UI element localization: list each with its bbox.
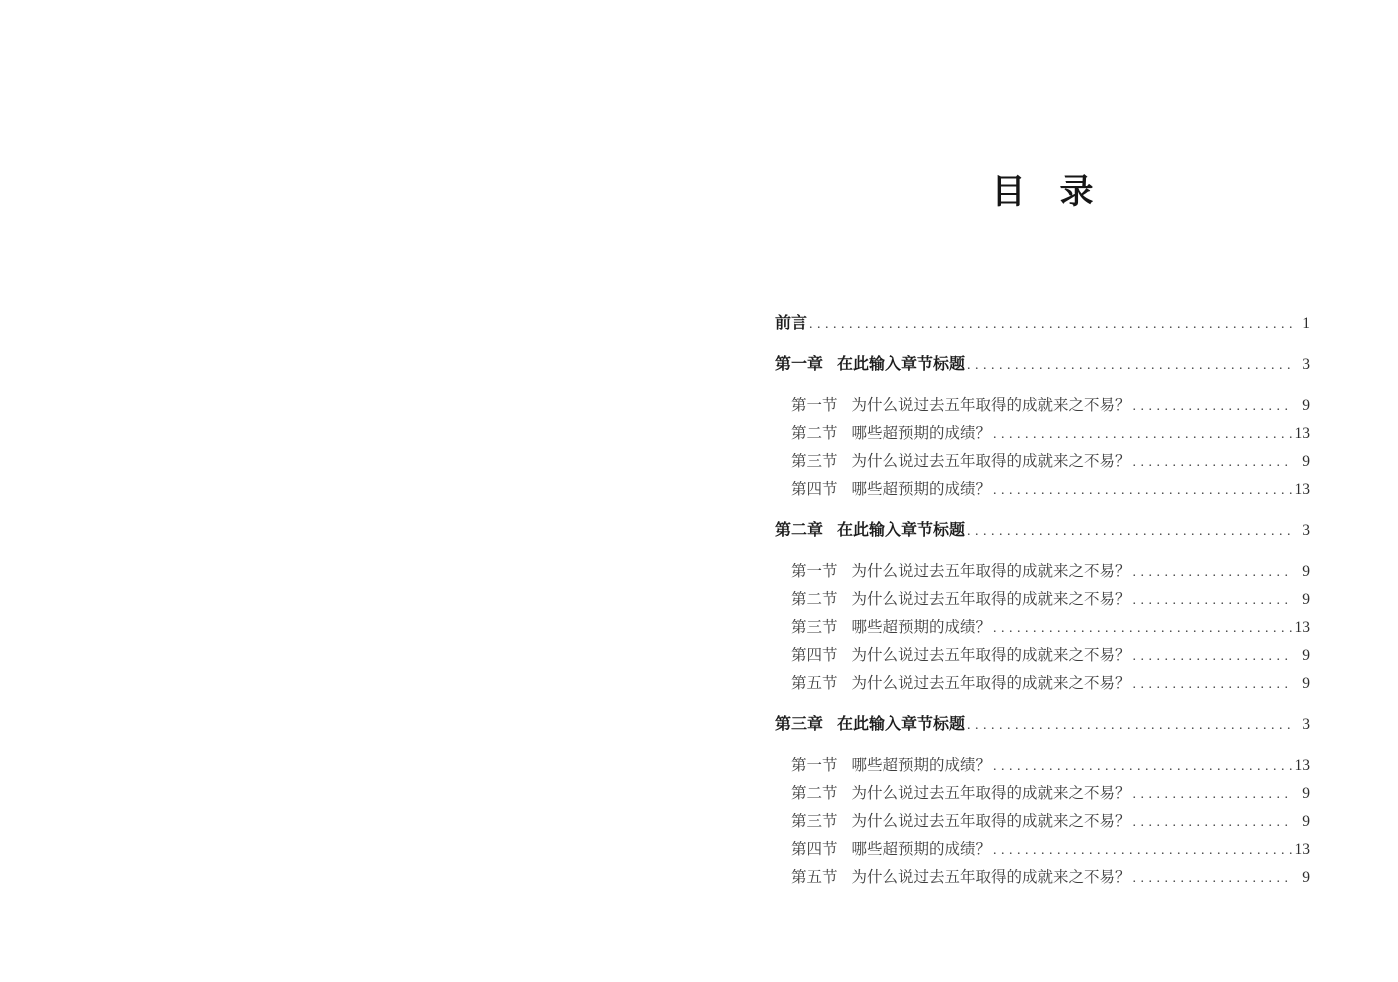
toc-entry-chapter: 第二章 在此输入章节标题 ...........................… — [775, 517, 1310, 545]
entry-page-number: 13 — [1292, 476, 1310, 504]
entry-leader-dots: ........................................… — [809, 311, 1292, 339]
entry-leader-dots: ........................................… — [993, 421, 1292, 449]
toc-entry-chapter: 前言 .....................................… — [775, 310, 1310, 338]
entry-page-number: 9 — [1292, 448, 1310, 476]
toc-entry-section: 第三节 为什么说过去五年取得的成就来之不易？ .................… — [775, 448, 1310, 476]
entry-title: 为什么说过去五年取得的成就来之不易？ — [852, 780, 1131, 808]
entry-page-number: 3 — [1292, 711, 1310, 739]
entry-leader-dots: ........................................… — [1133, 865, 1292, 893]
entry-number: 第一章 — [775, 351, 823, 379]
page-title: 目 录 — [775, 170, 1310, 214]
entry-title: 为什么说过去五年取得的成就来之不易？ — [852, 864, 1131, 892]
entry-leader-dots: ........................................… — [1133, 781, 1292, 809]
entry-leader-dots: ........................................… — [1133, 559, 1292, 587]
entry-leader-dots: ........................................… — [993, 477, 1292, 505]
entry-number: 第二节 — [791, 586, 838, 614]
entry-page-number: 9 — [1292, 558, 1310, 586]
toc-entry-section: 第三节 为什么说过去五年取得的成就来之不易？ .................… — [775, 808, 1310, 836]
entry-number: 第二节 — [791, 420, 838, 448]
toc-entry-chapter: 第一章 在此输入章节标题 ...........................… — [775, 351, 1310, 379]
entry-leader-dots: ........................................… — [993, 615, 1292, 643]
entry-leader-dots: ........................................… — [1133, 671, 1292, 699]
entry-leader-dots: ........................................… — [993, 753, 1292, 781]
entry-leader-dots: ........................................… — [1133, 643, 1292, 671]
toc-entry-section: 第五节 为什么说过去五年取得的成就来之不易？ .................… — [775, 864, 1310, 892]
entry-page-number: 9 — [1292, 864, 1310, 892]
toc-entry-section: 第二节 哪些超预期的成绩？ ..........................… — [775, 420, 1310, 448]
entry-number: 第四节 — [791, 836, 838, 864]
entry-title: 为什么说过去五年取得的成就来之不易？ — [852, 448, 1131, 476]
toc-entry-section: 第一节 为什么说过去五年取得的成就来之不易？ .................… — [775, 392, 1310, 420]
toc-entry-section: 第二节 为什么说过去五年取得的成就来之不易？ .................… — [775, 780, 1310, 808]
entry-number: 第一节 — [791, 558, 838, 586]
toc-entry-section: 第一节 为什么说过去五年取得的成就来之不易？ .................… — [775, 558, 1310, 586]
entry-page-number: 13 — [1292, 836, 1310, 864]
entry-number: 第五节 — [791, 670, 838, 698]
toc-entry-section: 第四节 哪些超预期的成绩？ ..........................… — [775, 836, 1310, 864]
entry-page-number: 13 — [1292, 420, 1310, 448]
entry-number: 第五节 — [791, 864, 838, 892]
entry-page-number: 1 — [1292, 310, 1310, 338]
entry-leader-dots: ........................................… — [993, 837, 1292, 865]
entry-title: 为什么说过去五年取得的成就来之不易？ — [852, 586, 1131, 614]
entry-number: 第三节 — [791, 614, 838, 642]
toc-entry-section: 第四节 为什么说过去五年取得的成就来之不易？ .................… — [775, 642, 1310, 670]
entry-leader-dots: ........................................… — [967, 352, 1292, 380]
entry-title: 哪些超预期的成绩？ — [852, 420, 992, 448]
entry-number: 第四节 — [791, 642, 838, 670]
toc-entry-section: 第三节 哪些超预期的成绩？ ..........................… — [775, 614, 1310, 642]
entry-title: 为什么说过去五年取得的成就来之不易？ — [852, 808, 1131, 836]
entry-number: 第一节 — [791, 752, 838, 780]
entry-title: 哪些超预期的成绩？ — [852, 752, 992, 780]
entry-page-number: 13 — [1292, 752, 1310, 780]
entry-number: 第二章 — [775, 517, 823, 545]
entry-title: 在此输入章节标题 — [837, 351, 965, 379]
document-page: 目 录 前言 .................................… — [0, 0, 1398, 982]
entry-title: 为什么说过去五年取得的成就来之不易？ — [852, 558, 1131, 586]
entry-title: 为什么说过去五年取得的成就来之不易？ — [852, 392, 1131, 420]
entry-title: 在此输入章节标题 — [837, 517, 965, 545]
entry-title: 哪些超预期的成绩？ — [852, 476, 992, 504]
entry-number: 前言 — [775, 310, 807, 338]
entry-page-number: 9 — [1292, 808, 1310, 836]
entry-leader-dots: ........................................… — [1133, 393, 1292, 421]
entry-leader-dots: ........................................… — [967, 712, 1292, 740]
toc-entry-section: 第五节 为什么说过去五年取得的成就来之不易？ .................… — [775, 670, 1310, 698]
entry-number: 第一节 — [791, 392, 838, 420]
toc-entry-section: 第四节 哪些超预期的成绩？ ..........................… — [775, 476, 1310, 504]
entry-title: 哪些超预期的成绩？ — [852, 836, 992, 864]
entry-leader-dots: ........................................… — [967, 518, 1292, 546]
entry-page-number: 9 — [1292, 780, 1310, 808]
entry-number: 第三节 — [791, 808, 838, 836]
entry-title: 为什么说过去五年取得的成就来之不易？ — [852, 642, 1131, 670]
entry-leader-dots: ........................................… — [1133, 587, 1292, 615]
toc-entry-section: 第一节 哪些超预期的成绩？ ..........................… — [775, 752, 1310, 780]
entry-page-number: 3 — [1292, 517, 1310, 545]
entry-page-number: 13 — [1292, 614, 1310, 642]
entry-title: 在此输入章节标题 — [837, 711, 965, 739]
entry-title: 为什么说过去五年取得的成就来之不易？ — [852, 670, 1131, 698]
entry-number: 第三章 — [775, 711, 823, 739]
entry-page-number: 3 — [1292, 351, 1310, 379]
entry-page-number: 9 — [1292, 642, 1310, 670]
entry-leader-dots: ........................................… — [1133, 809, 1292, 837]
entry-number: 第二节 — [791, 780, 838, 808]
toc-entry-section: 第二节 为什么说过去五年取得的成就来之不易？ .................… — [775, 586, 1310, 614]
entry-page-number: 9 — [1292, 586, 1310, 614]
toc-list: 前言 .....................................… — [775, 310, 1310, 892]
entry-leader-dots: ........................................… — [1133, 449, 1292, 477]
entry-number: 第四节 — [791, 476, 838, 504]
entry-page-number: 9 — [1292, 670, 1310, 698]
entry-number: 第三节 — [791, 448, 838, 476]
entry-page-number: 9 — [1292, 392, 1310, 420]
entry-title: 哪些超预期的成绩？ — [852, 614, 992, 642]
toc-entry-chapter: 第三章 在此输入章节标题 ...........................… — [775, 711, 1310, 739]
